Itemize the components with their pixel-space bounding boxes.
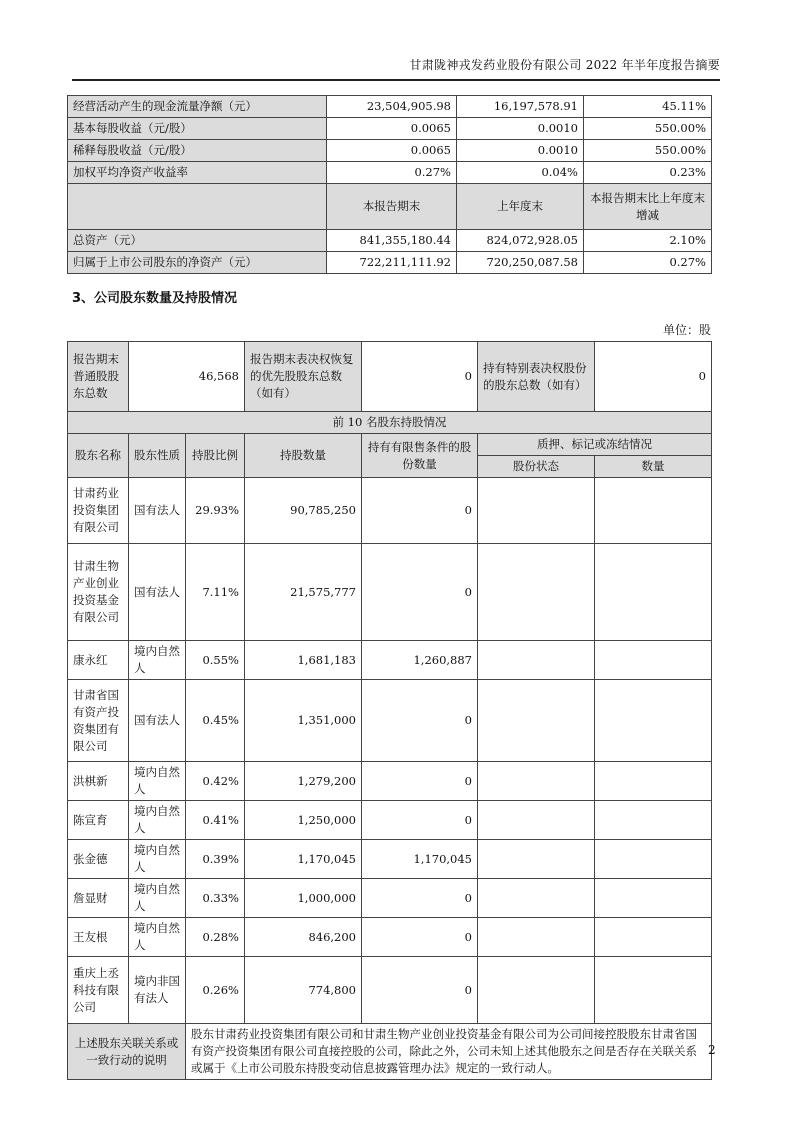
- total-holders-label: 报告期末普通股股东总数: [68, 342, 129, 412]
- holder-name: 王友根: [68, 918, 129, 957]
- holder-shares: 1,351,000: [245, 680, 362, 762]
- current-value: 841,355,180.44: [327, 230, 457, 252]
- holder-pledge-status: [478, 801, 595, 840]
- holder-restricted: 0: [362, 879, 478, 918]
- col-header-pledge-status: 股份状态: [478, 456, 595, 478]
- holder-shares: 774,800: [245, 957, 362, 1024]
- holder-pledge-qty: [595, 762, 712, 801]
- holder-restricted: 0: [362, 762, 478, 801]
- row-label: 基本每股收益（元/股）: [68, 118, 327, 140]
- holder-ratio: 0.41%: [186, 801, 245, 840]
- holder-pledge-qty: [595, 957, 712, 1024]
- change-value: 2.10%: [584, 230, 712, 252]
- prior-value: 0.04%: [457, 162, 584, 184]
- relationship-note-label: 上述股东关联关系或一致行动的说明: [68, 1024, 186, 1080]
- holder-pledge-status: [478, 879, 595, 918]
- row-label: 加权平均净资产收益率: [68, 162, 327, 184]
- table-row: 稀释每股收益（元/股） 0.0065 0.0010 550.00%: [68, 140, 712, 162]
- section-title: 3、公司股东数量及持股情况: [72, 287, 237, 306]
- table-row: 重庆上丞科技有限公司 境内非国有法人 0.26% 774,800 0: [68, 957, 712, 1024]
- relationship-note-row: 上述股东关联关系或一致行动的说明 股东甘肃药业投资集团有限公司和甘肃生物产业创业…: [68, 1024, 712, 1080]
- holder-ratio: 29.93%: [186, 478, 245, 544]
- table-row: 康永红 境内自然人 0.55% 1,681,183 1,260,887: [68, 641, 712, 680]
- holder-ratio: 7.11%: [186, 544, 245, 641]
- change-value: 0.23%: [584, 162, 712, 184]
- change-value: 45.11%: [584, 96, 712, 118]
- summary-row: 报告期末普通股股东总数 46,568 报告期末表决权恢复的优先股股东总数（如有）…: [68, 342, 712, 412]
- holder-name: 张金德: [68, 840, 129, 879]
- current-value: 0.0065: [327, 118, 457, 140]
- holder-name: 重庆上丞科技有限公司: [68, 957, 129, 1024]
- holder-pledge-status: [478, 918, 595, 957]
- table-row: 陈宣育 境内自然人 0.41% 1,250,000 0: [68, 801, 712, 840]
- holder-shares: 1,170,045: [245, 840, 362, 879]
- holder-nature: 境内非国有法人: [129, 957, 186, 1024]
- holder-nature: 境内自然人: [129, 641, 186, 680]
- holder-shares: 1,279,200: [245, 762, 362, 801]
- holder-pledge-status: [478, 544, 595, 641]
- holder-restricted: 1,170,045: [362, 840, 478, 879]
- prior-value: 16,197,578.91: [457, 96, 584, 118]
- table-row: 经营活动产生的现金流量净额（元） 23,504,905.98 16,197,57…: [68, 96, 712, 118]
- holder-nature: 境内自然人: [129, 918, 186, 957]
- col-header-shares: 持股数量: [245, 434, 362, 478]
- holder-restricted: 0: [362, 680, 478, 762]
- current-value: 0.0065: [327, 140, 457, 162]
- table-row: 张金德 境内自然人 0.39% 1,170,045 1,170,045: [68, 840, 712, 879]
- shareholders-table: 报告期末普通股股东总数 46,568 报告期末表决权恢复的优先股股东总数（如有）…: [67, 341, 712, 1080]
- prior-value: 0.0010: [457, 118, 584, 140]
- holder-shares: 846,200: [245, 918, 362, 957]
- column-header-row: 股东名称 股东性质 持股比例 持股数量 持有有限售条件的股份数量 质押、标记或冻…: [68, 434, 712, 456]
- holder-nature: 境内自然人: [129, 840, 186, 879]
- col-header-name: 股东名称: [68, 434, 129, 478]
- holder-pledge-status: [478, 762, 595, 801]
- preferred-holders-label: 报告期末表决权恢复的优先股股东总数（如有）: [245, 342, 362, 412]
- holder-shares: 21,575,777: [245, 544, 362, 641]
- page-header: 甘肃陇神戎发药业股份有限公司 2022 年半年度报告摘要: [72, 56, 720, 81]
- holder-nature: 国有法人: [129, 478, 186, 544]
- row-label: 归属于上市公司股东的净资产（元）: [68, 252, 327, 274]
- page-number: 2: [708, 1043, 716, 1057]
- table-row: 甘肃生物产业创业投资基金有限公司 国有法人 7.11% 21,575,777 0: [68, 544, 712, 641]
- subheader-current-period-end: 本报告期末: [327, 184, 457, 230]
- holder-restricted: 0: [362, 478, 478, 544]
- holder-restricted: 0: [362, 918, 478, 957]
- holder-pledge-qty: [595, 879, 712, 918]
- holder-pledge-qty: [595, 801, 712, 840]
- holder-ratio: 0.42%: [186, 762, 245, 801]
- holder-restricted: 1,260,887: [362, 641, 478, 680]
- current-value: 0.27%: [327, 162, 457, 184]
- holder-nature: 境内自然人: [129, 762, 186, 801]
- table-row: 甘肃药业投资集团有限公司 国有法人 29.93% 90,785,250 0: [68, 478, 712, 544]
- row-label: 稀释每股收益（元/股）: [68, 140, 327, 162]
- special-voting-holders-label: 持有特别表决权股份的股东总数（如有）: [478, 342, 595, 412]
- subheader-change: 本报告期末比上年度末增减: [584, 184, 712, 230]
- table-row: 洪棋新 境内自然人 0.42% 1,279,200 0: [68, 762, 712, 801]
- prior-value: 824,072,928.05: [457, 230, 584, 252]
- holder-pledge-qty: [595, 544, 712, 641]
- holder-ratio: 0.45%: [186, 680, 245, 762]
- col-header-restricted: 持有有限售条件的股份数量: [362, 434, 478, 478]
- holder-pledge-qty: [595, 478, 712, 544]
- holder-pledge-status: [478, 680, 595, 762]
- table-row: 詹显财 境内自然人 0.33% 1,000,000 0: [68, 879, 712, 918]
- holder-pledge-status: [478, 840, 595, 879]
- change-value: 550.00%: [584, 118, 712, 140]
- row-label: 经营活动产生的现金流量净额（元）: [68, 96, 327, 118]
- holder-nature: 境内自然人: [129, 801, 186, 840]
- holder-ratio: 0.28%: [186, 918, 245, 957]
- holder-name: 詹显财: [68, 879, 129, 918]
- holder-nature: 国有法人: [129, 544, 186, 641]
- prior-value: 0.0010: [457, 140, 584, 162]
- prior-value: 720,250,087.58: [457, 252, 584, 274]
- table-row: 甘肃省国有资产投资集团有限公司 国有法人 0.45% 1,351,000 0: [68, 680, 712, 762]
- holder-shares: 1,250,000: [245, 801, 362, 840]
- top10-title: 前 10 名股东持股情况: [68, 412, 712, 434]
- holder-restricted: 0: [362, 544, 478, 641]
- table-row: 王友根 境内自然人 0.28% 846,200 0: [68, 918, 712, 957]
- holder-pledge-qty: [595, 918, 712, 957]
- table-row: 加权平均净资产收益率 0.27% 0.04% 0.23%: [68, 162, 712, 184]
- holder-pledge-status: [478, 957, 595, 1024]
- preferred-holders-value: 0: [362, 342, 478, 412]
- holder-shares: 90,785,250: [245, 478, 362, 544]
- row-label: 总资产（元）: [68, 230, 327, 252]
- holder-nature: 境内自然人: [129, 879, 186, 918]
- holder-name: 甘肃药业投资集团有限公司: [68, 478, 129, 544]
- holder-restricted: 0: [362, 801, 478, 840]
- subheader-empty: [68, 184, 327, 230]
- holder-ratio: 0.33%: [186, 879, 245, 918]
- holder-shares: 1,000,000: [245, 879, 362, 918]
- col-header-pledge-group: 质押、标记或冻结情况: [478, 434, 712, 456]
- holder-nature: 国有法人: [129, 680, 186, 762]
- holder-name: 甘肃生物产业创业投资基金有限公司: [68, 544, 129, 641]
- current-value: 722,211,111.92: [327, 252, 457, 274]
- holder-pledge-qty: [595, 840, 712, 879]
- holder-ratio: 0.39%: [186, 840, 245, 879]
- relationship-note-text: 股东甘肃药业投资集团有限公司和甘肃生物产业创业投资基金有限公司为公司间接控股股东…: [186, 1024, 712, 1080]
- top10-title-row: 前 10 名股东持股情况: [68, 412, 712, 434]
- holder-restricted: 0: [362, 957, 478, 1024]
- table-row: 归属于上市公司股东的净资产（元） 722,211,111.92 720,250,…: [68, 252, 712, 274]
- unit-label: 单位：股: [663, 321, 711, 338]
- table-row: 基本每股收益（元/股） 0.0065 0.0010 550.00%: [68, 118, 712, 140]
- holder-name: 陈宣育: [68, 801, 129, 840]
- table-row: 总资产（元） 841,355,180.44 824,072,928.05 2.1…: [68, 230, 712, 252]
- current-value: 23,504,905.98: [327, 96, 457, 118]
- col-header-pledge-qty: 数量: [595, 456, 712, 478]
- change-value: 0.27%: [584, 252, 712, 274]
- special-voting-holders-value: 0: [595, 342, 712, 412]
- holder-ratio: 0.26%: [186, 957, 245, 1024]
- col-header-nature: 股东性质: [129, 434, 186, 478]
- holder-shares: 1,681,183: [245, 641, 362, 680]
- holder-name: 康永红: [68, 641, 129, 680]
- holder-pledge-status: [478, 478, 595, 544]
- holder-name: 洪棋新: [68, 762, 129, 801]
- holder-pledge-qty: [595, 641, 712, 680]
- holder-ratio: 0.55%: [186, 641, 245, 680]
- holder-name: 甘肃省国有资产投资集团有限公司: [68, 680, 129, 762]
- col-header-ratio: 持股比例: [186, 434, 245, 478]
- total-holders-value: 46,568: [129, 342, 245, 412]
- table-subheader-row: 本报告期末 上年度末 本报告期末比上年度末增减: [68, 184, 712, 230]
- change-value: 550.00%: [584, 140, 712, 162]
- holder-pledge-qty: [595, 680, 712, 762]
- subheader-prior-year-end: 上年度末: [457, 184, 584, 230]
- financial-summary-table: 经营活动产生的现金流量净额（元） 23,504,905.98 16,197,57…: [67, 95, 712, 274]
- holder-pledge-status: [478, 641, 595, 680]
